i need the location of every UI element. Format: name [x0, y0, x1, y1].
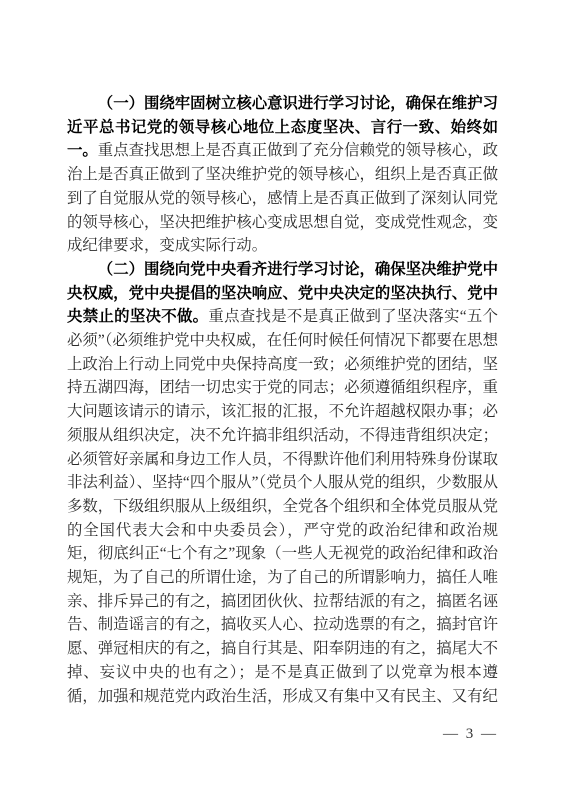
document-page: （一）围绕牢固树立核心意识进行学习讨论，确保在维护习近平总书记党的领导核心地位上… [0, 0, 565, 800]
paragraph-2-body-text: 重点查找是不是真正做到了坚决落实“五个必须”（必须维护党中央权威，在任何时候任何… [67, 308, 498, 704]
paragraph-section-2: （二）围绕向党中央看齐进行学习讨论，确保坚决维护党中央权威，党中央提倡的坚决响应… [67, 258, 498, 708]
paragraph-section-1: （一）围绕牢固树立核心意识进行学习讨论，确保在维护习近平总书记党的领导核心地位上… [67, 92, 498, 258]
paragraph-1-body-text: 重点查找思想上是否真正做到了充分信赖党的领导核心，政治上是否真正做到了坚决维护党… [67, 142, 498, 254]
page-number: — 3 — [67, 723, 498, 747]
document-body: （一）围绕牢固树立核心意识进行学习讨论，确保在维护习近平总书记党的领导核心地位上… [67, 92, 498, 747]
